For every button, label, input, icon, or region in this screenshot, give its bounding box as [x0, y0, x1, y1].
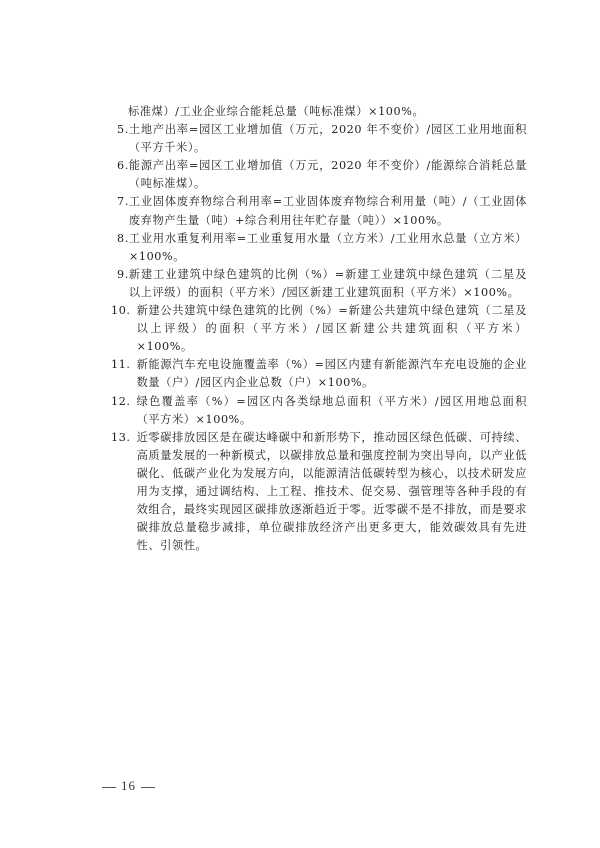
item-text: 新能源汽车充电设施覆盖率（%）=园区内建有新能源汽车充电设施的企业数量（户）/园… — [137, 356, 527, 392]
item-number: 12. — [111, 393, 137, 429]
list-item-12: 12. 绿色覆盖率（%）=园区内各类绿地总面积（平方米）/园区用地总面积（平方米… — [117, 393, 527, 429]
item-number: 7. — [117, 193, 129, 229]
item-number: 6. — [117, 157, 129, 193]
list-item-11: 11. 新能源汽车充电设施覆盖率（%）=园区内建有新能源汽车充电设施的企业数量（… — [117, 356, 527, 392]
item-text: 新建公共建筑中绿色建筑的比例（%）=新建公共建筑中绿色建筑（二星及以上评级）的面… — [137, 302, 527, 356]
item-number: 10. — [111, 302, 137, 356]
dash-left-icon — [102, 787, 116, 788]
item-number: 11. — [111, 356, 137, 392]
list-item-5: 5. 土地产出率=园区工业增加值（万元，2020 年不变价）/园区工业用地面积（… — [117, 121, 527, 157]
item-text: 工业用水重复利用率=工业重复用水量（立方米）/工业用水总量（立方米）×100%。 — [129, 230, 527, 266]
item-text: 新建工业建筑中绿色建筑的比例（%）=新建工业建筑中绿色建筑（二星及以上评级）的面… — [129, 266, 527, 302]
item-text: 土地产出率=园区工业增加值（万元，2020 年不变价）/园区工业用地面积（平方千… — [129, 121, 527, 157]
item-number: 8. — [117, 230, 129, 266]
document-body: 标准煤）/工业企业综合能耗总量（吨标准煤）×100%。 5. 土地产出率=园区工… — [117, 103, 527, 555]
list-item-8: 8. 工业用水重复利用率=工业重复用水量（立方米）/工业用水总量（立方米）×10… — [117, 230, 527, 266]
item-text: 能源产出率=园区工业增加值（万元，2020 年不变价）/能源综合消耗总量（吨标准… — [129, 157, 527, 193]
item-text: 工业固体废弃物综合利用率=工业固体废弃物综合利用量（吨）/（工业固体废弃物产生量… — [129, 193, 527, 229]
continued-text: 标准煤）/工业企业综合能耗总量（吨标准煤）×100%。 — [117, 103, 527, 121]
item-text: 绿色覆盖率（%）=园区内各类绿地总面积（平方米）/园区用地总面积（平方米）×10… — [137, 393, 527, 429]
page-number: 16 — [121, 778, 136, 793]
item-number: 9. — [117, 266, 129, 302]
list-item-9: 9. 新建工业建筑中绿色建筑的比例（%）=新建工业建筑中绿色建筑（二星及以上评级… — [117, 266, 527, 302]
list-item-10: 10. 新建公共建筑中绿色建筑的比例（%）=新建公共建筑中绿色建筑（二星及以上评… — [117, 302, 527, 356]
page-footer: 16 — [97, 778, 160, 794]
list-item-6: 6. 能源产出率=园区工业增加值（万元，2020 年不变价）/能源综合消耗总量（… — [117, 157, 527, 193]
dash-right-icon — [141, 787, 155, 788]
item-text: 近零碳排放园区是在碳达峰碳中和新形势下，推动园区绿色低碳、可持续、高质量发展的一… — [137, 429, 527, 556]
list-item-13: 13. 近零碳排放园区是在碳达峰碳中和新形势下，推动园区绿色低碳、可持续、高质量… — [117, 429, 527, 556]
item-number: 13. — [111, 429, 137, 556]
item-number: 5. — [117, 121, 129, 157]
list-item-7: 7. 工业固体废弃物综合利用率=工业固体废弃物综合利用量（吨）/（工业固体废弃物… — [117, 193, 527, 229]
